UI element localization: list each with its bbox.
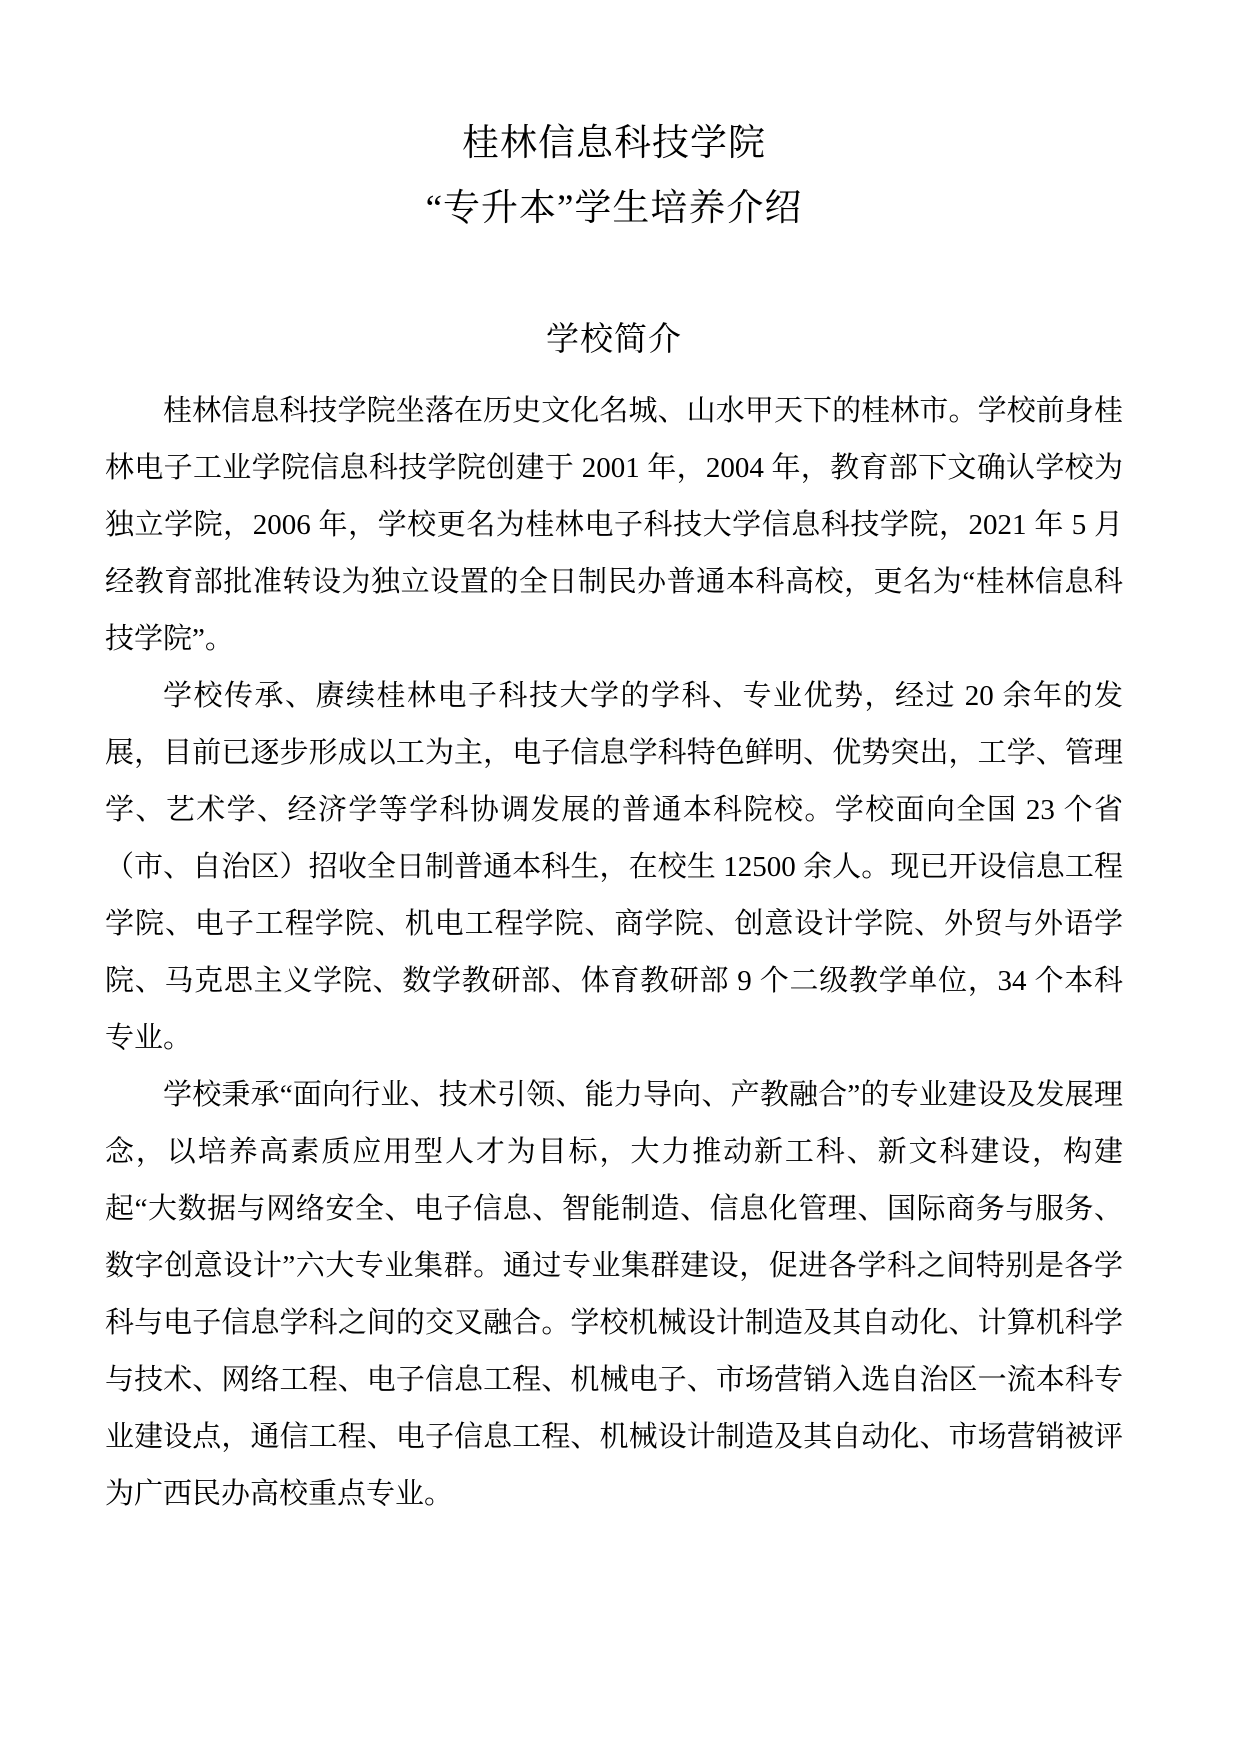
document-title: 桂林信息科技学院 “专升本”学生培养介绍 [105, 111, 1123, 241]
document-body: 桂林信息科技学院坐落在历史文化名城、山水甲天下的桂林市。学校前身桂林电子工业学院… [105, 383, 1123, 1523]
title-line-school-name: 桂林信息科技学院 [105, 111, 1123, 176]
document-page: 桂林信息科技学院 “专升本”学生培养介绍 学校简介 桂林信息科技学院坐落在历史文… [0, 0, 1240, 1754]
title-line-subtitle: “专升本”学生培养介绍 [105, 176, 1123, 241]
paragraph-school-disciplines: 学校传承、赓续桂林电子科技大学的学科、专业优势，经过 20 余年的发展，目前已逐… [105, 668, 1123, 1067]
paragraph-professional-clusters: 学校秉承“面向行业、技术引领、能力导向、产教融合”的专业建设及发展理念，以培养高… [105, 1067, 1123, 1523]
paragraph-school-history: 桂林信息科技学院坐落在历史文化名城、山水甲天下的桂林市。学校前身桂林电子工业学院… [105, 383, 1123, 668]
section-heading-school-intro: 学校简介 [105, 307, 1123, 373]
